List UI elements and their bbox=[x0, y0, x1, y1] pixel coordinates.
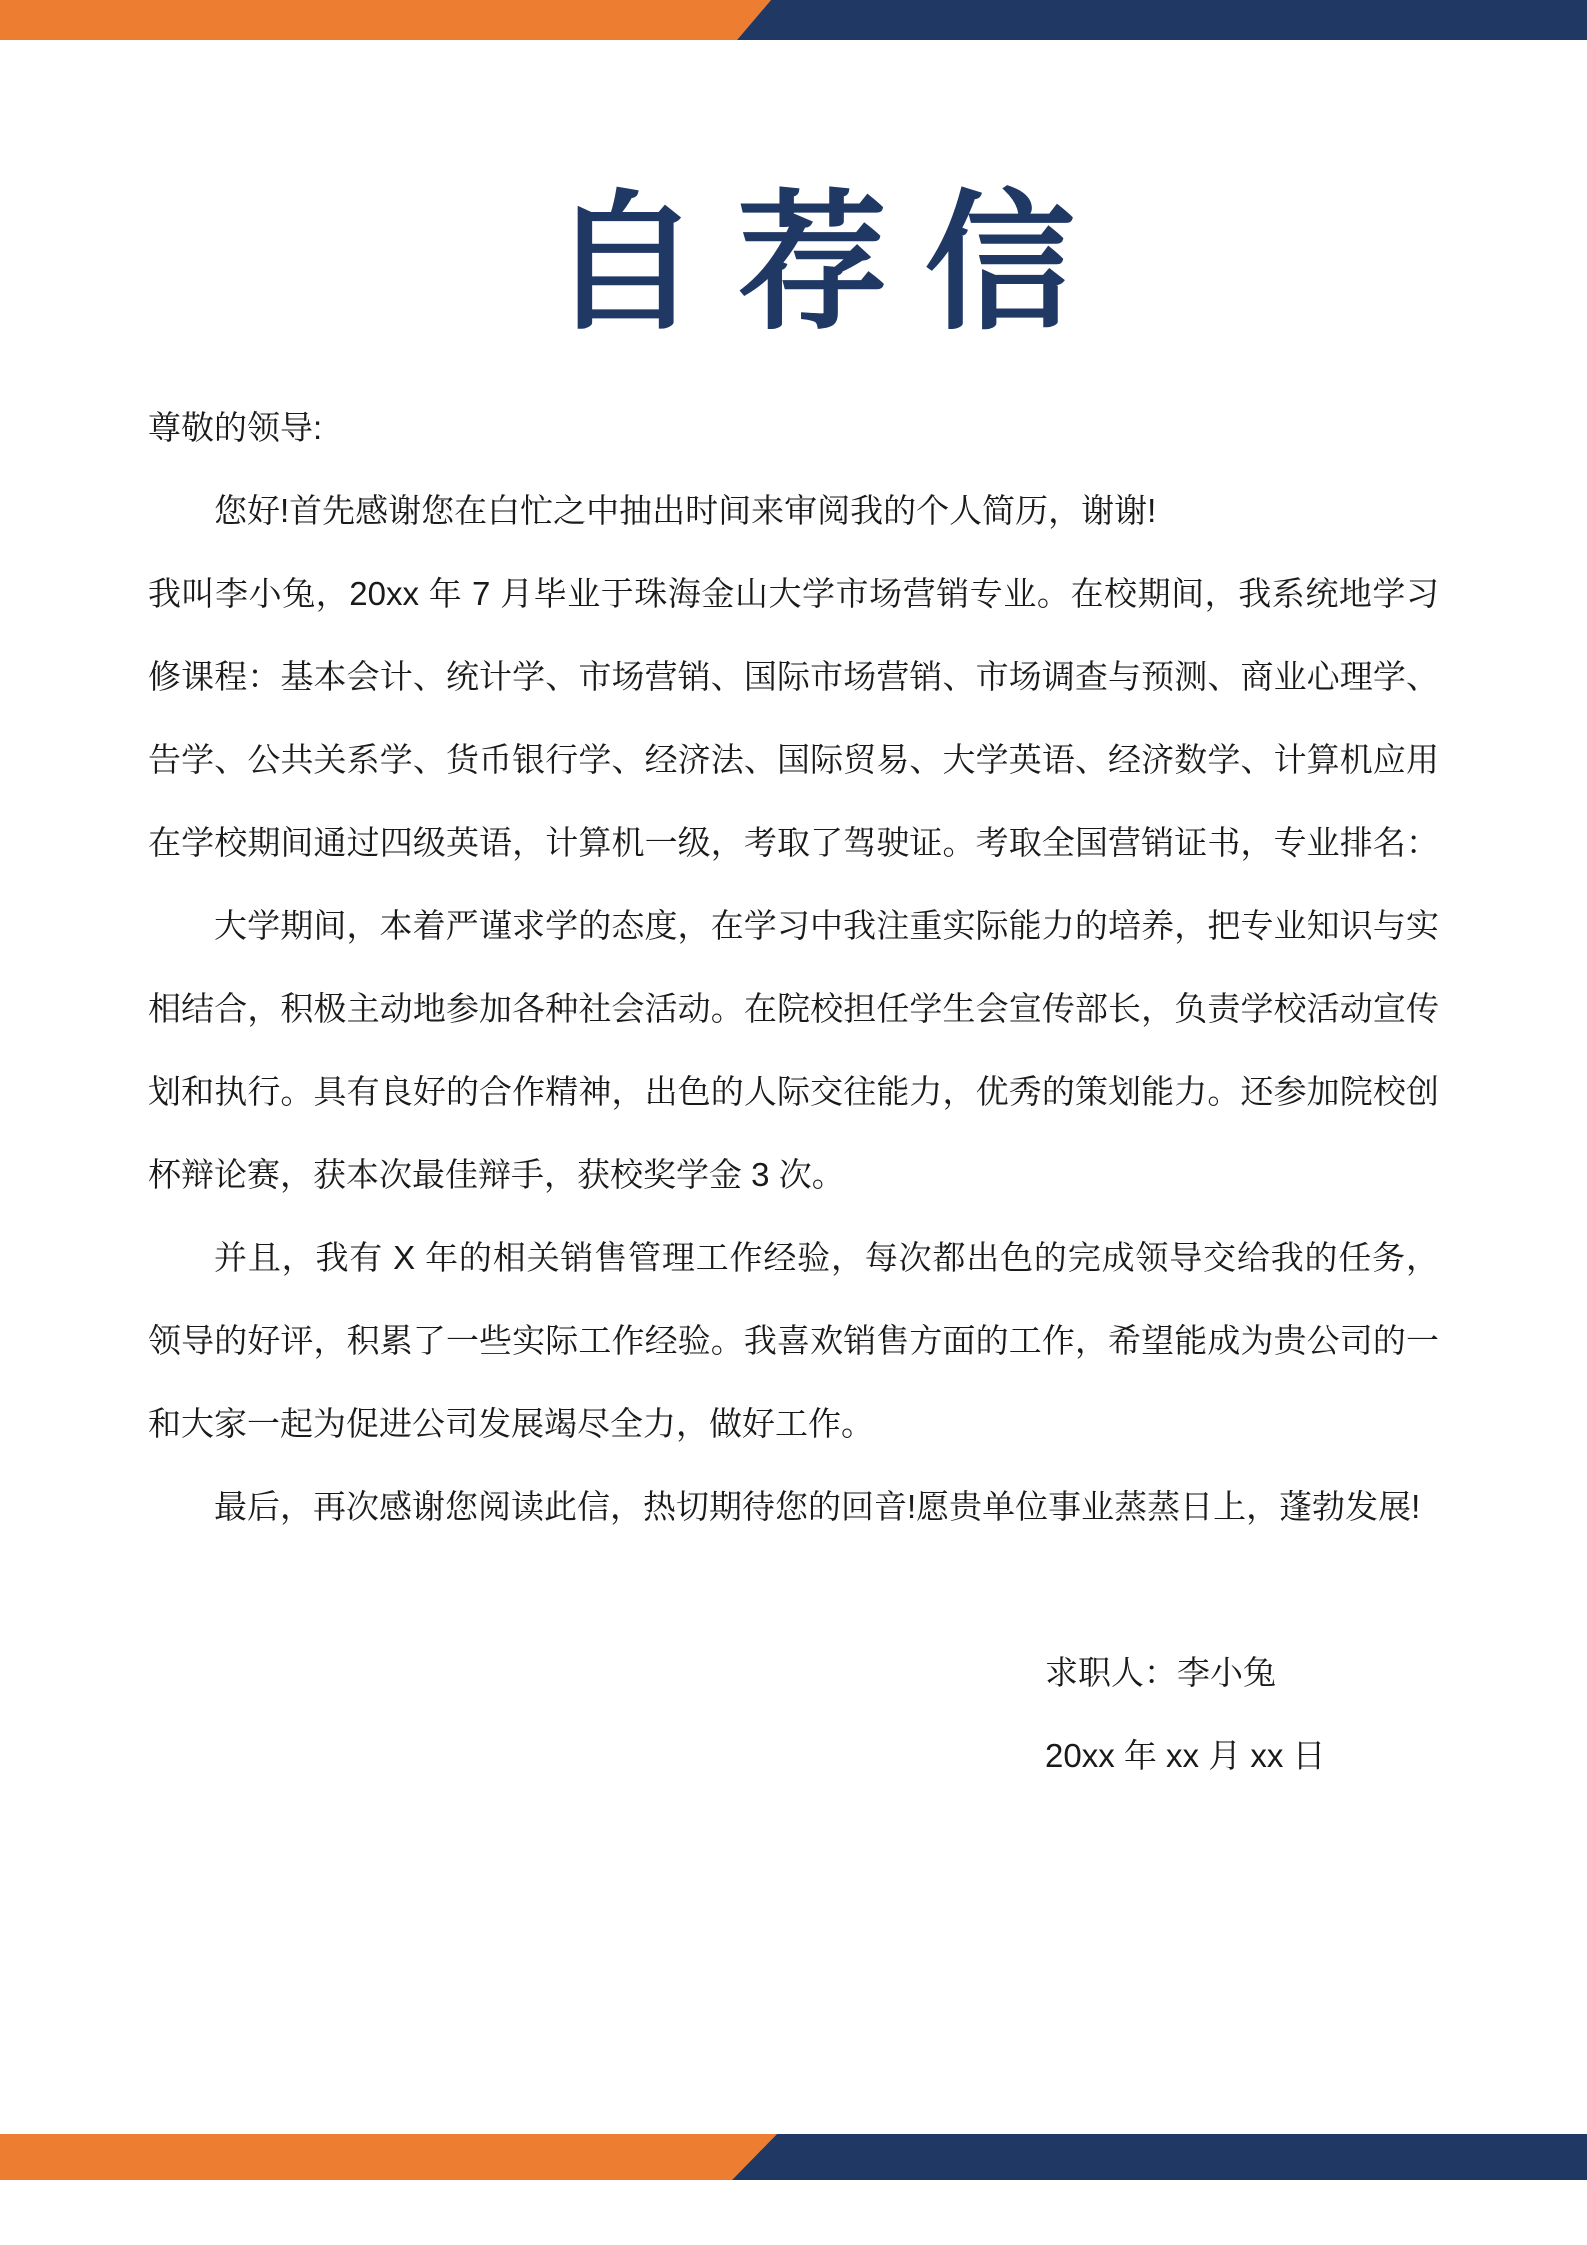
letter-line: 您好!首先感谢您在白忙之中抽出时间来审阅我的个人简历，谢谢! bbox=[148, 469, 1439, 552]
letter-line: 尊敬的领导: bbox=[148, 386, 1439, 469]
letter-line: 划和执行。具有良好的合作精神，出色的人际交往能力，优秀的策划能力。还参加院校创新 bbox=[148, 1050, 1439, 1133]
letter-line: 在学校期间通过四级英语，计算机一级，考取了驾驶证。考取全国营销证书，专业排名：N… bbox=[148, 801, 1439, 884]
letter-line: 相结合，积极主动地参加各种社会活动。在院校担任学生会宣传部长，负责学校活动宣传策 bbox=[148, 967, 1439, 1050]
letter-line: 领导的好评，积累了一些实际工作经验。我喜欢销售方面的工作，希望能成为贵公司的一员… bbox=[148, 1299, 1439, 1382]
footer-orange-shape bbox=[0, 2134, 777, 2180]
signature-date: 20xx 年 xx 月 xx 日 bbox=[148, 1714, 1439, 1797]
letter-line: 和大家一起为促进公司发展竭尽全力，做好工作。 bbox=[148, 1382, 1439, 1465]
letter-line: 我叫李小兔，20xx 年 7 月毕业于珠海金山大学市场营销专业。在校期间，我系统… bbox=[148, 552, 1439, 635]
letter-line: 告学、公共关系学、货币银行学、经济法、国际贸易、大学英语、经济数学、计算机应用等… bbox=[148, 718, 1439, 801]
page-title: 自荐信 bbox=[0, 185, 1587, 343]
letter-line: 修课程：基本会计、统计学、市场营销、国际市场营销、市场调查与预测、商业心理学、广 bbox=[148, 635, 1439, 718]
header-orange-shape bbox=[0, 0, 771, 40]
letter-body: 尊敬的领导:您好!首先感谢您在白忙之中抽出时间来审阅我的个人简历，谢谢!我叫李小… bbox=[148, 386, 1439, 1797]
footer-decoration-bar bbox=[0, 2134, 1587, 2180]
letter-lines: 尊敬的领导:您好!首先感谢您在白忙之中抽出时间来审阅我的个人简历，谢谢!我叫李小… bbox=[148, 386, 1439, 1548]
header-blue-shape bbox=[737, 0, 1587, 40]
footer-blue-shape bbox=[732, 2134, 1587, 2180]
header-decoration-bar bbox=[0, 0, 1587, 40]
letter-line: 并且，我有 X 年的相关销售管理工作经验，每次都出色的完成领导交给我的任务，深受 bbox=[148, 1216, 1439, 1299]
letter-line: 大学期间，本着严谨求学的态度，在学习中我注重实际能力的培养，把专业知识与实践 bbox=[148, 884, 1439, 967]
blank-line bbox=[148, 1548, 1439, 1631]
signature-signer: 求职人：李小兔 bbox=[148, 1631, 1439, 1714]
letter-line: 杯辩论赛，获本次最佳辩手，获校奖学金 3 次。 bbox=[148, 1133, 1439, 1216]
letter-page: 自荐信 尊敬的领导:您好!首先感谢您在白忙之中抽出时间来审阅我的个人简历，谢谢!… bbox=[0, 0, 1587, 2245]
letter-line: 最后，再次感谢您阅读此信，热切期待您的回音!愿贵单位事业蒸蒸日上，蓬勃发展! bbox=[148, 1465, 1439, 1548]
